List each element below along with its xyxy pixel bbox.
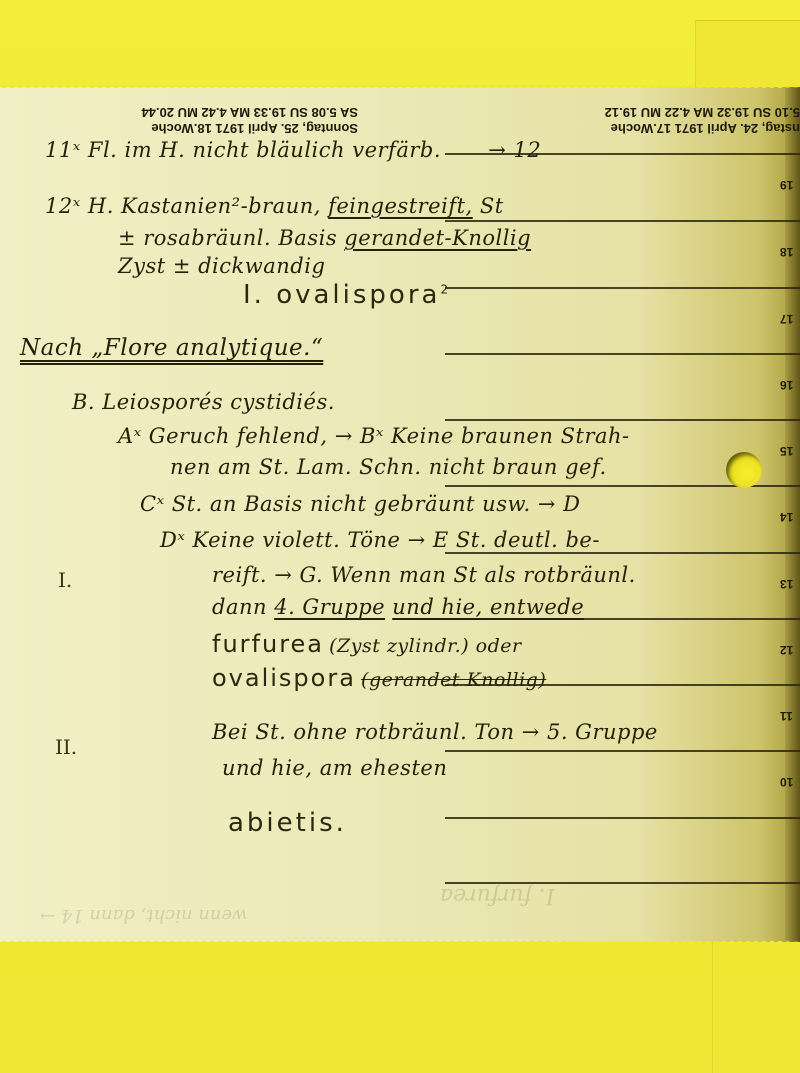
note-line-12-continued: ± rosabräunl. Basis gerandet-Knollig: [118, 226, 531, 250]
underlined-term: gerandet-Knollig: [344, 226, 531, 250]
header-sun-moon-times: 5.10 SU 19.32 MA 4.22 MU 19.12: [510, 104, 800, 120]
hour-mark: 13: [780, 577, 793, 591]
underlined-term: feingestreift,: [328, 194, 473, 218]
species-heading-ovalispora: I. ovalispora2: [243, 280, 451, 310]
note-text: Cˣ St. an Basis nicht gebräunt usw. → D: [140, 492, 580, 516]
margin-roman-one: I.: [58, 568, 72, 592]
note-text: Bei St. ohne rotbräunl. Ton → 5. Gruppe: [212, 720, 658, 744]
note-text: (Zyst zylindr.) oder: [329, 635, 522, 657]
background-card-tab: [695, 20, 800, 91]
ruled-line: [445, 817, 800, 819]
note-text: dann: [212, 595, 267, 619]
hour-mark: 18: [780, 245, 793, 259]
ruled-line: [445, 750, 800, 752]
header-date-line: Sonntag, 25. April 1971 18.Woche: [38, 120, 358, 136]
note-text: ± rosabräunl. Basis: [118, 226, 337, 250]
bleed-through-text: wenn nicht, dann 14 →: [40, 905, 248, 926]
key-line-ii-continued: und hie, am ehesten: [222, 756, 447, 780]
note-text: Nach „Flore analytique.“: [20, 335, 323, 361]
note-text: reift. → G. Wenn man St als rotbräunl.: [212, 563, 636, 587]
note-text: B. Leiosporés cystidiés.: [72, 390, 335, 414]
note-text: Aˣ Geruch fehlend, → Bˣ Keine braunen St…: [118, 424, 630, 448]
species-name: ovalispora: [212, 664, 356, 692]
key-line-a: Aˣ Geruch fehlend, → Bˣ Keine braunen St…: [118, 424, 630, 448]
background-fold-line: [712, 940, 713, 1073]
header-date-line: nstag, 24. April 1971 17.Woche: [510, 120, 800, 136]
ruled-line: [445, 353, 800, 355]
hour-mark: 16: [780, 378, 793, 392]
hour-mark: 17: [780, 312, 793, 326]
key-line-a-continued: nen am St. Lam. Schn. nicht braun gef.: [170, 455, 607, 479]
margin-roman-two: II.: [55, 735, 77, 759]
key-line-d-continued: reift. → G. Wenn man St als rotbräunl.: [212, 563, 636, 587]
note-text: und hie, am ehesten: [222, 756, 447, 780]
perforated-edge-top: [0, 85, 800, 91]
note-text: St: [480, 194, 504, 218]
section-b-heading: B. Leiosporés cystidiés.: [72, 390, 335, 414]
footnote-mark: 2: [440, 282, 451, 296]
key-line-d-continued: dann 4. Gruppe und hie, entwede: [212, 595, 584, 619]
note-text: H. Kastanien²-braun,: [88, 194, 321, 218]
ruled-line: [445, 419, 800, 421]
note-text: und hie, entwede: [392, 595, 584, 619]
note-text: Dˣ Keine violett. Töne → E St. deutl. be…: [160, 528, 600, 552]
species-name: furfurea: [212, 630, 324, 658]
note-line-11: 11ˣ Fl. im H. nicht bläulich verfärb. → …: [45, 138, 541, 162]
perforated-edge-bottom: [0, 938, 800, 944]
hour-mark: 14: [780, 510, 793, 524]
underlined-term: 4. Gruppe: [274, 595, 385, 619]
arrow-reference: → 12: [488, 138, 541, 162]
species-line-furfurea: furfurea (Zyst zylindr.) oder: [212, 630, 522, 658]
source-reference-line: Nach „Flore analytique.“: [20, 335, 323, 361]
punched-hole: [726, 452, 762, 488]
note-text: nen am St. Lam. Schn. nicht braun gef.: [170, 455, 607, 479]
key-line-ii: Bei St. ohne rotbräunl. Ton → 5. Gruppe: [212, 720, 658, 744]
hour-mark: 12: [780, 643, 793, 657]
item-number: 11ˣ: [45, 138, 81, 162]
hour-mark: 11: [780, 709, 793, 723]
struck-note-text: (gerandet Knollig): [361, 669, 546, 691]
calendar-header-sunday: Sonntag, 25. April 1971 18.Woche SA 5.08…: [38, 96, 358, 136]
heading-text: I. ovalispora: [243, 280, 440, 310]
ruled-line: [445, 552, 800, 554]
hour-mark: 19: [780, 178, 793, 192]
item-number: 12ˣ: [45, 194, 81, 218]
note-line-12: 12ˣ H. Kastanien²-braun, feingestreift, …: [45, 194, 504, 218]
ruled-line: [445, 220, 800, 222]
ruled-line: [445, 287, 800, 289]
species-name-abietis: abietis.: [228, 808, 347, 838]
species-line-ovalispora: ovalispora (gerandet Knollig): [212, 664, 546, 692]
bleed-through-text: I. furfurea: [440, 883, 554, 908]
calendar-header-saturday: nstag, 24. April 1971 17.Woche 5.10 SU 1…: [510, 96, 800, 136]
note-line-12-continued: Zyst ± dickwandig: [118, 254, 325, 278]
key-line-d: Dˣ Keine violett. Töne → E St. deutl. be…: [160, 528, 600, 552]
hour-mark: 10: [780, 775, 793, 789]
hour-mark: 15: [780, 444, 793, 458]
header-sun-moon-times: SA 5.08 SU 19.33 MA 4.42 MU 20.44: [38, 104, 358, 120]
note-text: Fl. im H. nicht bläulich verfärb.: [88, 138, 441, 162]
key-line-c: Cˣ St. an Basis nicht gebräunt usw. → D: [140, 492, 580, 516]
note-text: Zyst ± dickwandig: [118, 254, 325, 278]
